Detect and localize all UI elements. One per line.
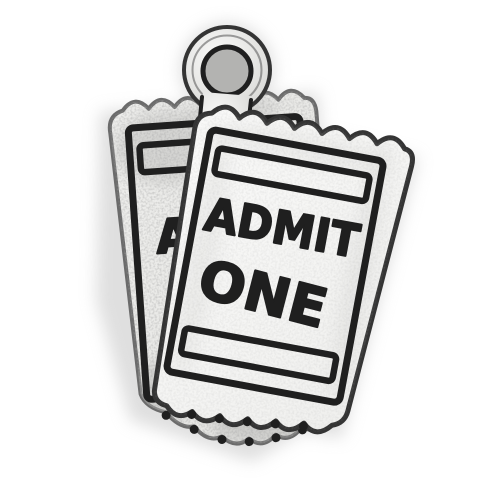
bail-ring-hole bbox=[203, 47, 251, 95]
admit-one-ticket-charm-image: A bbox=[0, 0, 500, 500]
product-photo: A bbox=[0, 0, 500, 500]
